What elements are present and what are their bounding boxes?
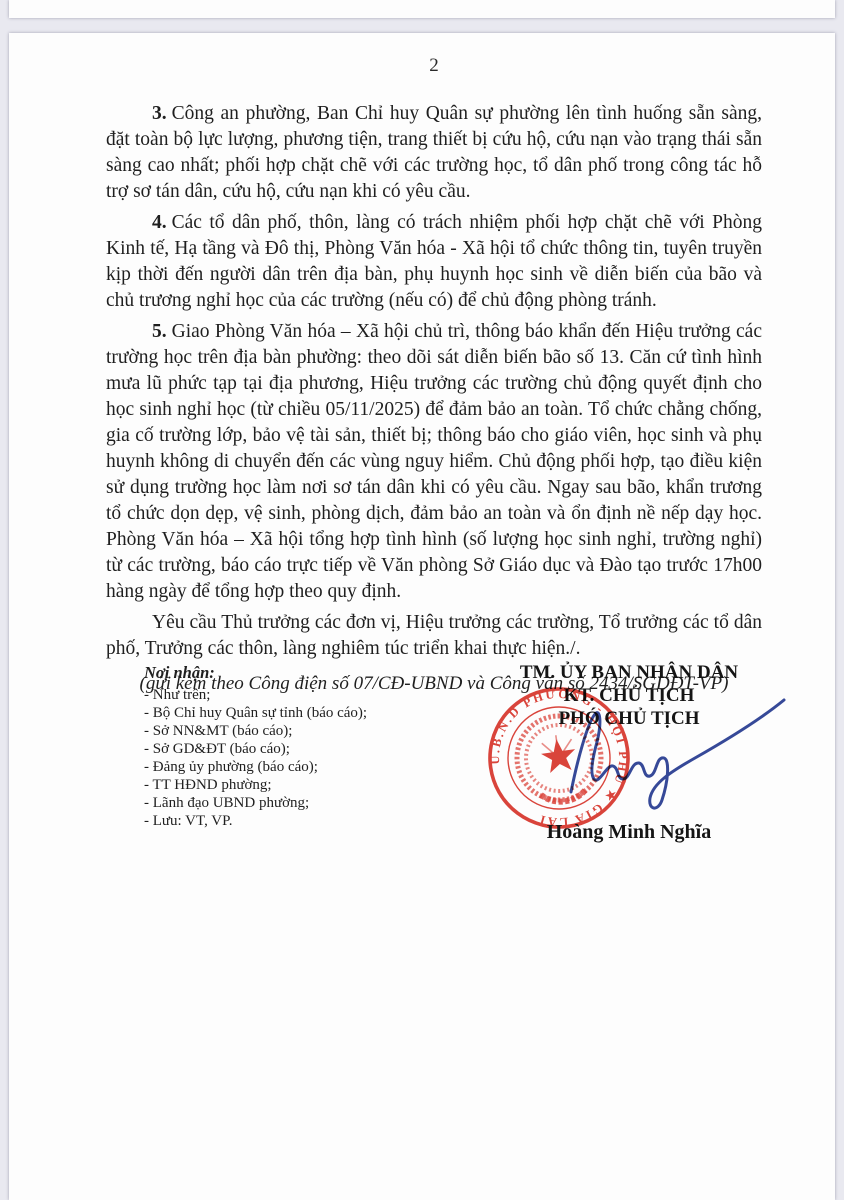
recipient-item: - Đảng ủy phường (báo cáo);: [144, 758, 444, 776]
handwritten-signature: [547, 690, 797, 810]
document-body: 3.Công an phường, Ban Chỉ huy Quân sự ph…: [106, 101, 762, 702]
closing-paragraph: Yêu cầu Thủ trưởng các đơn vị, Hiệu trưở…: [106, 610, 762, 662]
paragraph-4-marker: 4.: [152, 212, 167, 233]
previous-page-edge: [9, 0, 835, 18]
recipient-item: - Sở NN&MT (báo cáo);: [144, 722, 444, 740]
recipients-header: Nơi nhận:: [144, 663, 444, 683]
recipient-item: - TT HĐND phường;: [144, 776, 444, 794]
paragraph-4-text: Các tổ dân phố, thôn, làng có trách nhiệ…: [106, 212, 762, 311]
paragraph-3: 3.Công an phường, Ban Chỉ huy Quân sự ph…: [106, 101, 762, 205]
paragraph-5: 5.Giao Phòng Văn hóa – Xã hội chủ trì, t…: [106, 319, 762, 605]
paragraph-4: 4.Các tổ dân phố, thôn, làng có trách nh…: [106, 210, 762, 314]
document-page: 2 3.Công an phường, Ban Chỉ huy Quân sự …: [9, 33, 835, 1200]
signer-name: Hoàng Minh Nghĩa: [454, 821, 804, 844]
signing-authority: TM. ỦY BAN NHÂN DÂN: [454, 661, 804, 684]
recipient-item: - Bộ Chỉ huy Quân sự tỉnh (báo cáo);: [144, 704, 444, 722]
recipient-item: - Sở GD&ĐT (báo cáo);: [144, 740, 444, 758]
recipients-list: - Như trên;- Bộ Chỉ huy Quân sự tỉnh (bá…: [144, 686, 444, 830]
recipient-item: - Như trên;: [144, 686, 444, 704]
paragraph-5-marker: 5.: [152, 321, 167, 342]
page-number: 2: [106, 55, 762, 77]
recipients-block: Nơi nhận: - Như trên;- Bộ Chỉ huy Quân s…: [144, 663, 444, 830]
paragraph-5-text: Giao Phòng Văn hóa – Xã hội chủ trì, thô…: [106, 321, 762, 602]
recipient-item: - Lãnh đạo UBND phường;: [144, 794, 444, 812]
paragraph-3-text: Công an phường, Ban Chỉ huy Quân sự phườ…: [106, 103, 762, 202]
recipient-item: - Lưu: VT, VP.: [144, 812, 444, 830]
paragraph-3-marker: 3.: [152, 103, 167, 124]
